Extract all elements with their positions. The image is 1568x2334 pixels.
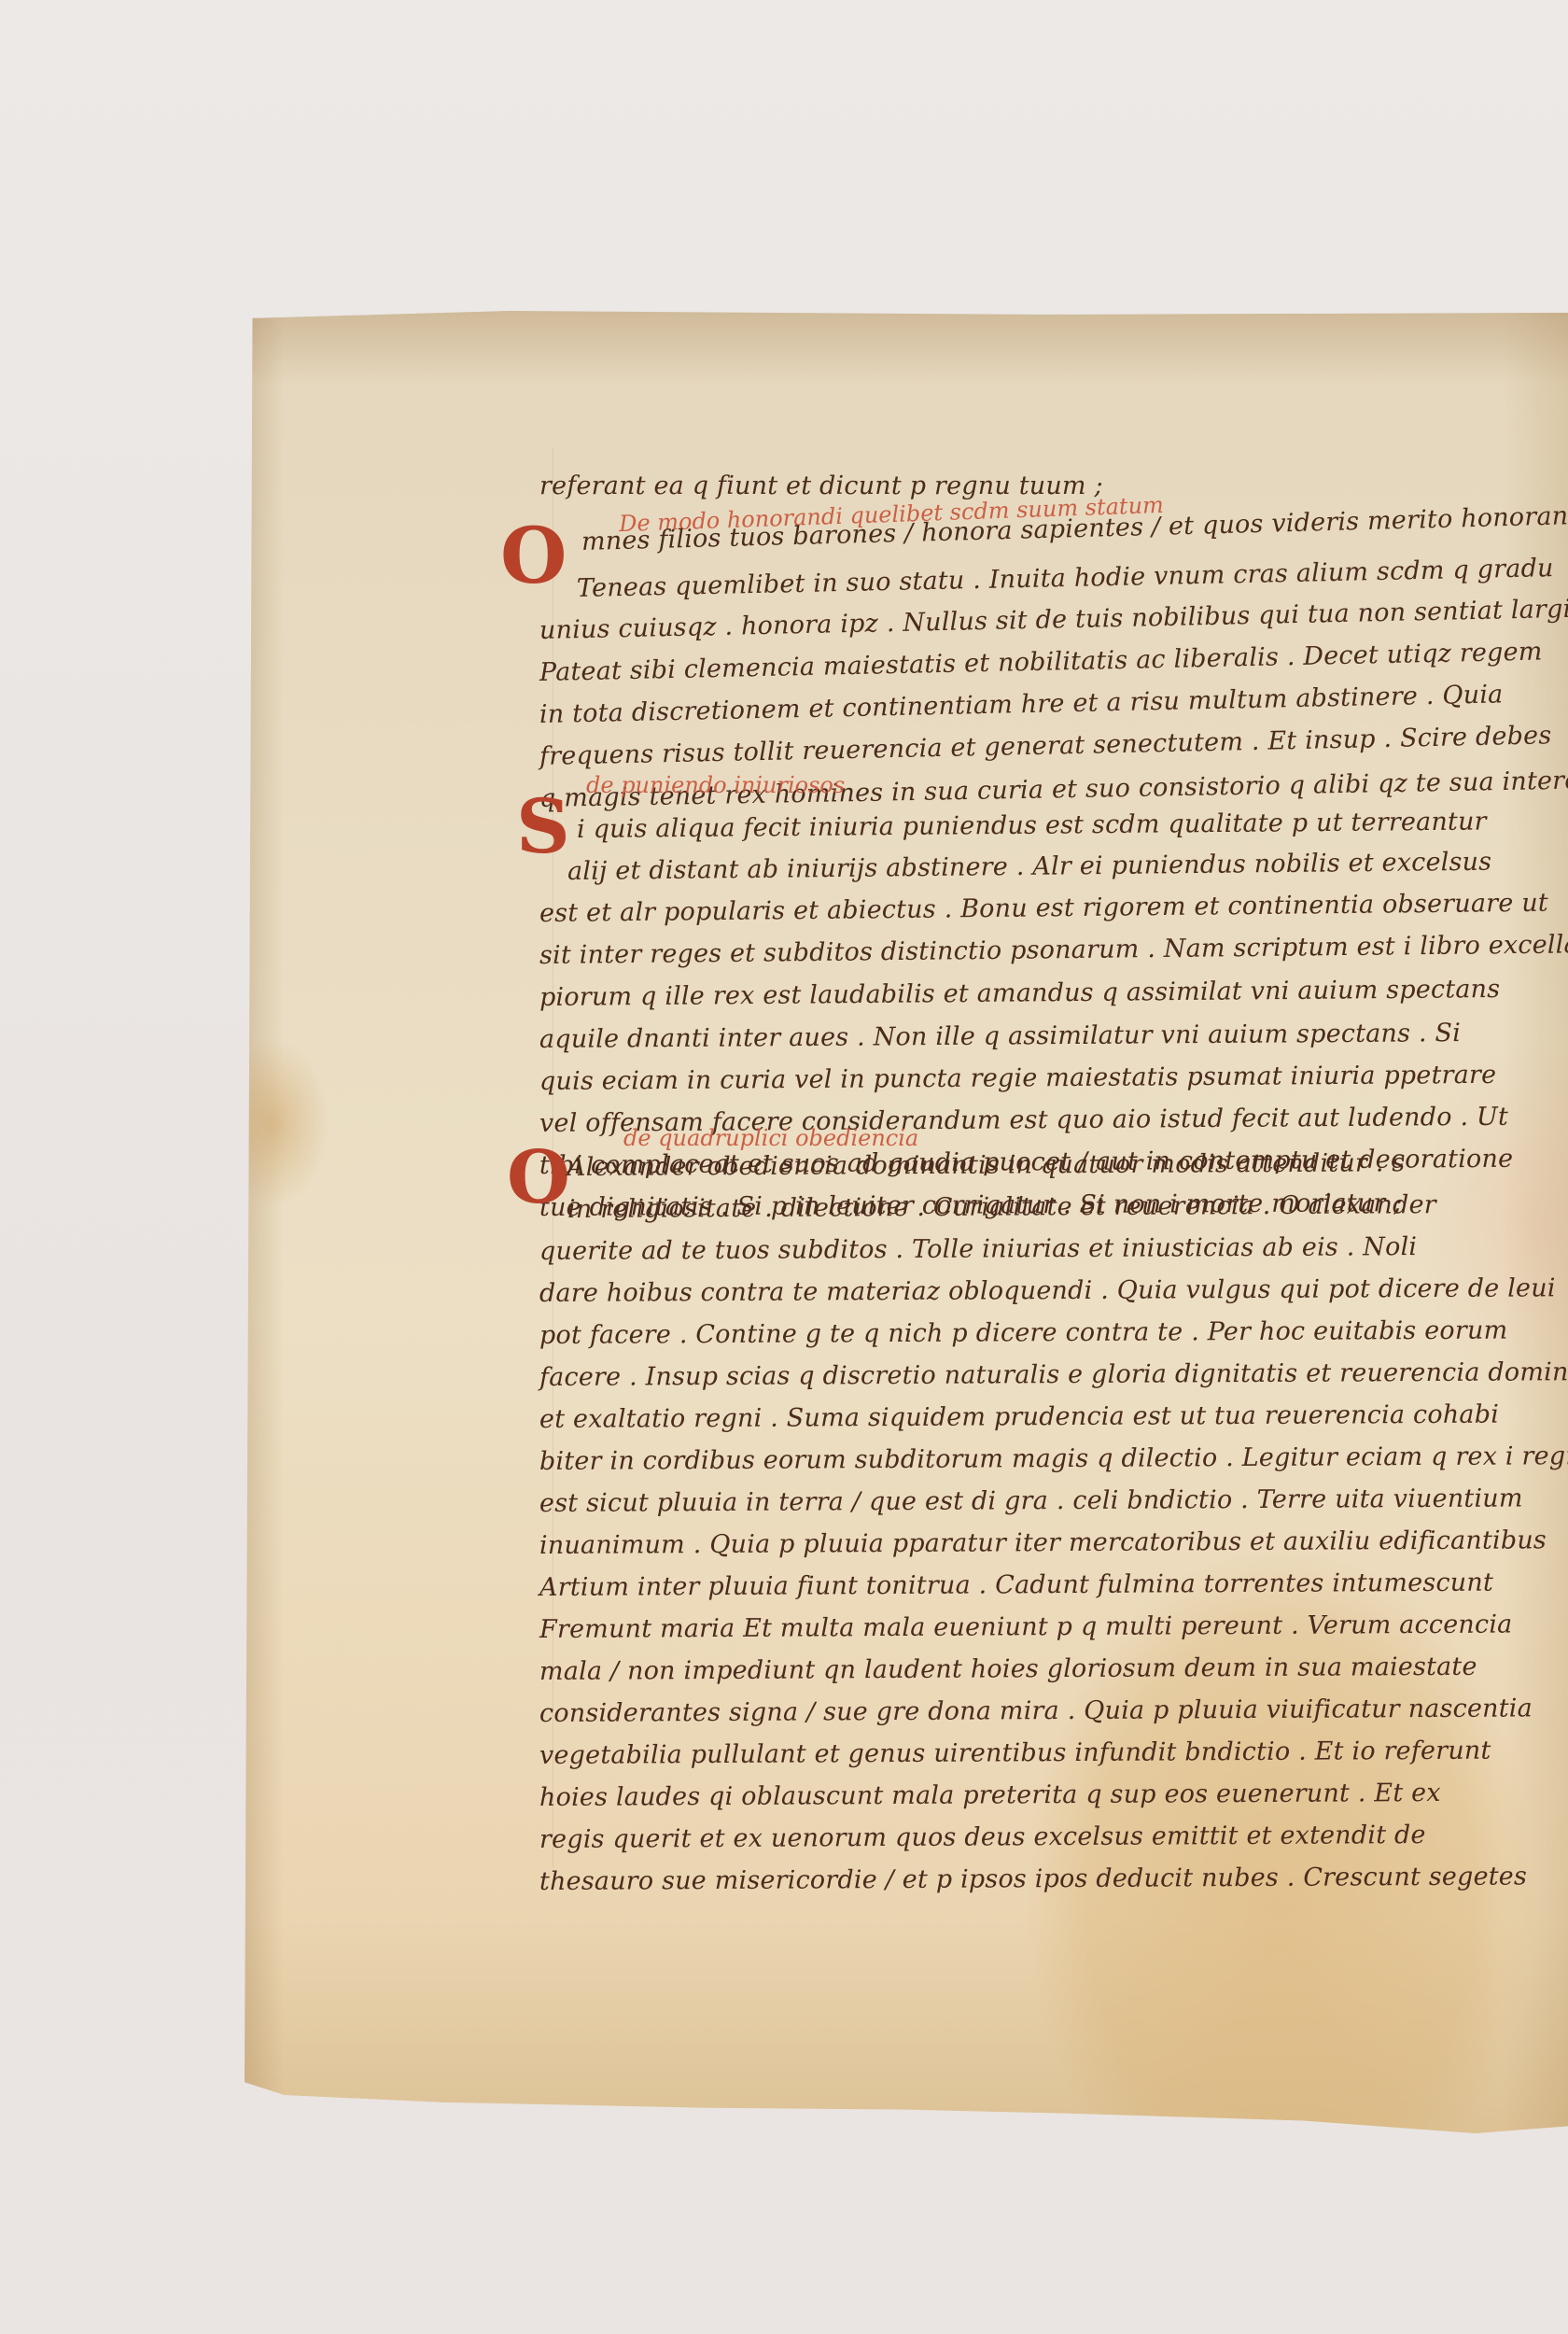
text-line: pot facere . Contine g te q nich p dicer… bbox=[539, 1316, 1507, 1350]
text-line: biter in cordibus eorum subditorum magis… bbox=[539, 1441, 1568, 1476]
decorated-initial: S bbox=[516, 789, 570, 864]
text-line: Artium inter pluuia fiunt tonitrua . Cad… bbox=[539, 1568, 1493, 1602]
text-line: vegetabilia pullulant et genus uirentibu… bbox=[539, 1736, 1491, 1770]
text-line: facere . Insup scias q discretio natural… bbox=[539, 1357, 1568, 1392]
text-line: regis querit et ex uenorum quos deus exc… bbox=[539, 1821, 1426, 1854]
text-line: dare hoibus contra te materiaz obloquend… bbox=[539, 1273, 1556, 1308]
rubric-heading: de puniendo iniuriosos bbox=[586, 772, 845, 798]
text-line: Alexander obediencia dominantis in quatu… bbox=[567, 1148, 1406, 1182]
text-line: in religiositate . dilectione . Curialit… bbox=[567, 1190, 1436, 1224]
text-line: est sicut pluuia in terra / que est di g… bbox=[539, 1483, 1523, 1518]
decorated-initial: O bbox=[507, 1142, 570, 1215]
text-line: mala / non impediunt qn laudent hoies gl… bbox=[539, 1652, 1477, 1686]
text-line: thesauro sue misericordie / et p ipsos i… bbox=[539, 1862, 1527, 1896]
text-line: hoies laudes qi oblauscunt mala preterit… bbox=[539, 1779, 1441, 1812]
text-line: et exaltatio regni . Suma siquidem prude… bbox=[539, 1400, 1499, 1434]
text-line: considerantes signa / sue gre dona mira … bbox=[539, 1694, 1533, 1728]
decorated-initial: O bbox=[500, 518, 567, 595]
text-line: inuanimum . Quia p pluuia pparatur iter … bbox=[539, 1526, 1547, 1560]
rubric-heading: de quadruplici obediencia bbox=[623, 1125, 918, 1151]
text-line: querite ad te tuos subditos . Tolle iniu… bbox=[539, 1232, 1417, 1266]
text-line: Fremunt maria Et multa mala eueniunt p q… bbox=[539, 1610, 1513, 1644]
